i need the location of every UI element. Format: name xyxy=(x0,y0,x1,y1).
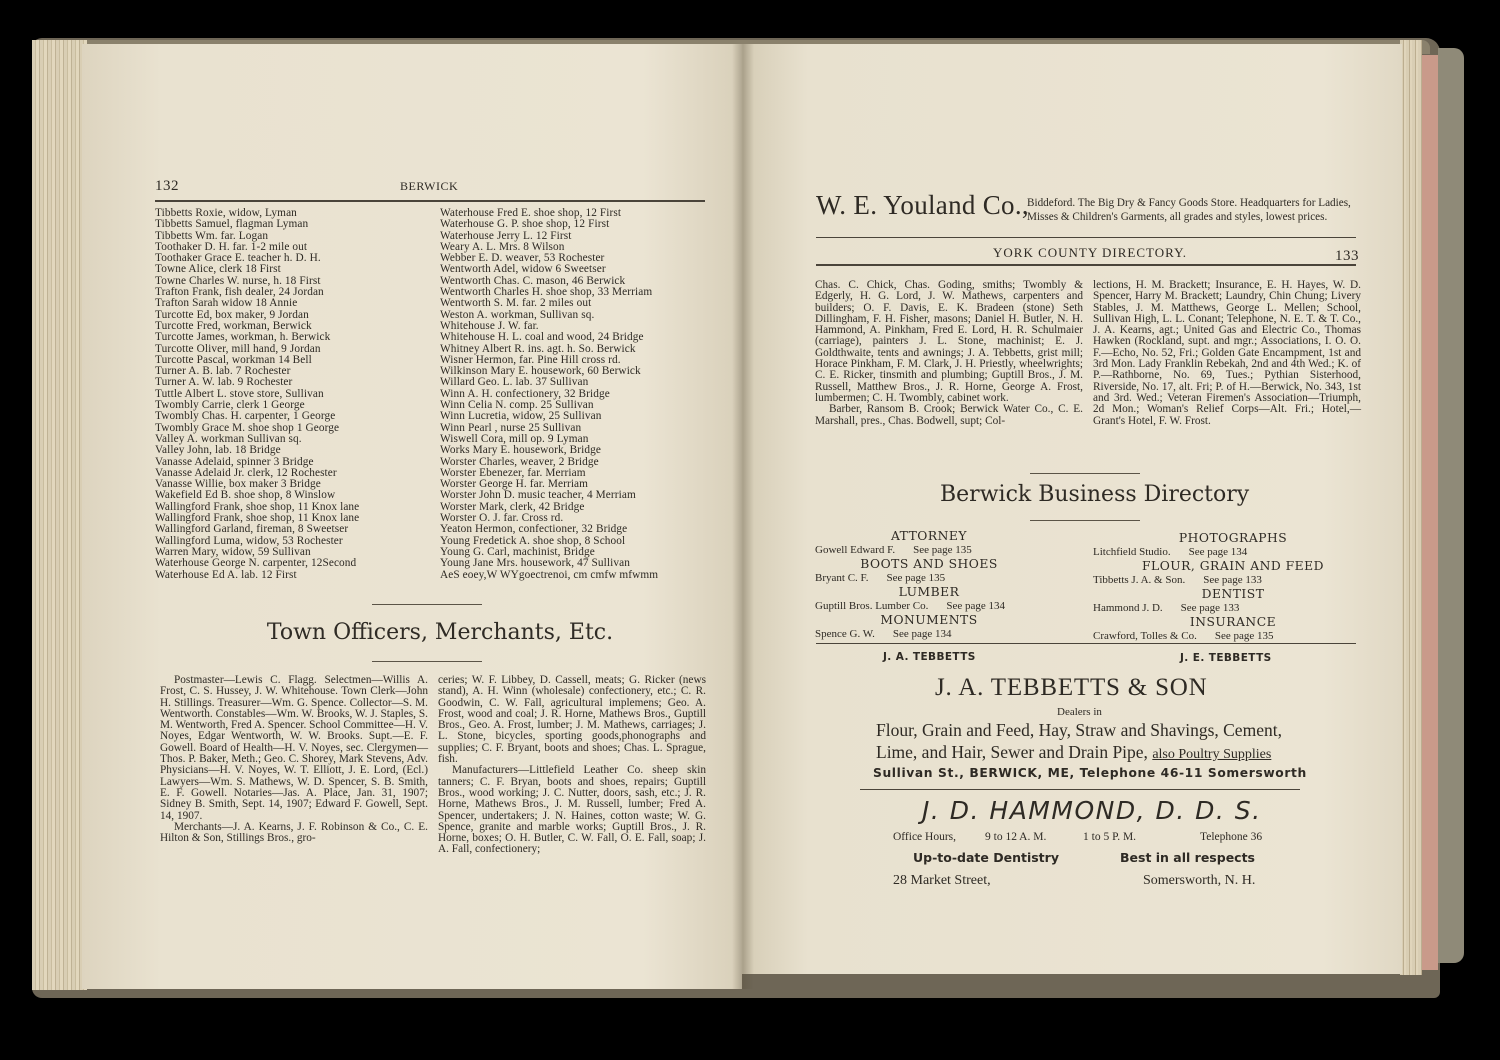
hammond-office-hours-label: Office Hours, xyxy=(893,831,956,843)
bizdir-divider-bottom xyxy=(1030,520,1140,521)
paragraph: Barber, Ransom B. Crook; Berwick Water C… xyxy=(815,404,1083,427)
right-page-edges xyxy=(1400,40,1422,975)
officers-column-1: Postmaster—Lewis C. Flagg. Selectmen—Wil… xyxy=(160,675,428,844)
right-page xyxy=(742,44,1402,974)
business-name: Bryant C. F. xyxy=(815,572,869,584)
right-text-column-2: lections, H. M. Brackett; Insurance, E. … xyxy=(1093,280,1361,427)
paragraph: Merchants—J. A. Kearns, J. F. Robinson &… xyxy=(160,822,428,845)
directory-column-1: Tibbetts Roxie, widow, LymanTibbetts Sam… xyxy=(155,208,359,581)
right-header-rule xyxy=(816,264,1356,266)
business-category: PHOTOGRAPHS xyxy=(1093,531,1373,545)
hammond-hours-am: 9 to 12 A. M. xyxy=(985,831,1046,843)
paragraph: Postmaster—Lewis C. Flagg. Selectmen—Wil… xyxy=(160,675,428,822)
book-gutter xyxy=(732,44,754,989)
directory-entry: Works Mary E. housework, Bridge xyxy=(440,445,658,456)
bizdir-bottom-rule xyxy=(816,643,1356,644)
hammond-tagline-right: Best in all respects xyxy=(1120,850,1255,865)
directory-entry: AeS eoey,W WYgoectrenoi, cm cmfw mfwmm xyxy=(440,570,658,581)
youland-ad-name: W. E. Youland Co., xyxy=(816,190,1029,221)
right-page-number: 133 xyxy=(1335,248,1359,265)
business-entry: Guptill Bros. Lumber Co.See page 134 xyxy=(815,600,1005,612)
tebbetts-partner-left: J. A. TEBBETTS xyxy=(883,651,976,663)
tebbetts-line-2: Lime, and Hair, Sewer and Drain Pipe, al… xyxy=(876,742,1271,763)
page-reference: See page 134 xyxy=(1189,546,1248,558)
page-reference: See page 134 xyxy=(893,628,952,640)
business-category: LUMBER xyxy=(815,585,1043,599)
business-name: Litchfield Studio. xyxy=(1093,546,1171,558)
left-page-edges xyxy=(32,40,87,990)
page-reference: See page 135 xyxy=(913,544,972,556)
hammond-hours-pm: 1 to 5 P. M. xyxy=(1083,831,1136,843)
tebbetts-partner-right: J. E. TEBBETTS xyxy=(1180,652,1272,664)
business-name: Tibbetts J. A. & Son. xyxy=(1093,574,1185,586)
tebbetts-line-2-text: Lime, and Hair, Sewer and Drain Pipe, xyxy=(876,742,1148,762)
business-entry: Bryant C. F.See page 135 xyxy=(815,572,945,584)
page-reference: See page 135 xyxy=(887,572,946,584)
business-name: Guptill Bros. Lumber Co. xyxy=(815,600,928,612)
directory-entry: Wallingford Garland, fireman, 8 Sweetser xyxy=(155,524,359,535)
section-divider-top xyxy=(372,604,482,605)
directory-column-2: Waterhouse Fred E. shoe shop, 12 FirstWa… xyxy=(440,208,658,581)
business-entry: Hammond J. D.See page 133 xyxy=(1093,602,1239,614)
left-running-head: BERWICK xyxy=(400,179,458,194)
directory-entry: Turcotte James, workman, h. Berwick xyxy=(155,332,359,343)
paragraph: Chas. C. Chick, Chas. Goding, smiths; Tw… xyxy=(815,280,1083,404)
hammond-tagline-left: Up-to-date Dentistry xyxy=(913,850,1059,865)
directory-entry: Tibbetts Samuel, flagman Lyman xyxy=(155,219,359,230)
officers-column-2: ceries; W. F. Libbey, D. Cassell, meats;… xyxy=(438,675,706,856)
directory-entry: Waterhouse Ed A. lab. 12 First xyxy=(155,570,359,581)
business-name: Spence G. W. xyxy=(815,628,875,640)
page-reference: See page 134 xyxy=(946,600,1005,612)
business-name: Crawford, Tolles & Co. xyxy=(1093,630,1197,642)
business-category: INSURANCE xyxy=(1093,615,1373,629)
business-category: FLOUR, GRAIN AND FEED xyxy=(1093,559,1373,573)
tebbetts-dealers-in: Dealers in xyxy=(1057,706,1102,718)
red-page-edge xyxy=(1422,55,1438,970)
page-reference: See page 135 xyxy=(1215,630,1274,642)
business-entry: Tibbetts J. A. & Son.See page 133 xyxy=(1093,574,1262,586)
directory-entry: Twombly Chas. H. carpenter, 1 George xyxy=(155,411,359,422)
left-page-number: 132 xyxy=(155,178,179,195)
paragraph: Manufacturers—Littlefield Leather Co. sh… xyxy=(438,765,706,855)
book-cover-right-edge xyxy=(1438,48,1464,963)
hammond-telephone: Telephone 36 xyxy=(1200,831,1262,843)
open-book: 132 BERWICK Tibbetts Roxie, widow, Lyman… xyxy=(0,0,1500,1060)
hammond-ad-name: J. D. HAMMOND, D. D. S. xyxy=(922,796,1262,825)
directory-entry: Young Jane Mrs. housework, 47 Sullivan xyxy=(440,558,658,569)
directory-entry: Waterhouse G. P. shoe shop, 12 First xyxy=(440,219,658,230)
hammond-city: Somersworth, N. H. xyxy=(1143,873,1255,889)
business-entry: Spence G. W.See page 134 xyxy=(815,628,952,640)
header-rule xyxy=(155,200,705,202)
section-divider-bottom xyxy=(372,661,482,662)
paragraph: lections, H. M. Brackett; Insurance, E. … xyxy=(1093,280,1361,427)
business-category: ATTORNEY xyxy=(815,529,1043,543)
directory-entry: Waterhouse George N. carpenter, 12Second xyxy=(155,558,359,569)
business-entry: Gowell Edward F.See page 135 xyxy=(815,544,972,556)
tebbetts-ad-name: J. A. TEBBETTS & SON xyxy=(935,674,1208,702)
business-directory-title: Berwick Business Directory xyxy=(940,482,1249,507)
tebbetts-line-1: Flour, Grain and Feed, Hay, Straw and Sh… xyxy=(876,720,1282,741)
page-reference: See page 133 xyxy=(1203,574,1262,586)
tebbetts-bottom-rule xyxy=(860,789,1300,790)
business-entry: Litchfield Studio.See page 134 xyxy=(1093,546,1247,558)
directory-entry: Valley John, lab. 18 Bridge xyxy=(155,445,359,456)
directory-entry: Yeaton Hermon, confectioner, 32 Bridge xyxy=(440,524,658,535)
directory-entry: Wentworth S. M. far. 2 miles out xyxy=(440,298,658,309)
directory-entry: Whitehouse H. L. coal and wood, 24 Bridg… xyxy=(440,332,658,343)
page-reference: See page 133 xyxy=(1181,602,1240,614)
business-category: MONUMENTS xyxy=(815,613,1043,627)
business-name: Hammond J. D. xyxy=(1093,602,1163,614)
poultry-supplies-underlined: also Poultry Supplies xyxy=(1152,747,1271,762)
business-entry: Crawford, Tolles & Co.See page 135 xyxy=(1093,630,1273,642)
right-running-head: YORK COUNTY DIRECTORY. xyxy=(993,245,1187,261)
right-text-column-1: Chas. C. Chick, Chas. Goding, smiths; Tw… xyxy=(815,280,1083,427)
section-title: Town Officers, Merchants, Etc. xyxy=(200,620,680,645)
tebbetts-address: Sullivan St., BERWICK, ME, Telephone 46-… xyxy=(873,766,1307,780)
hammond-street: 28 Market Street, xyxy=(893,873,991,889)
bizdir-divider-top xyxy=(1030,473,1140,474)
business-category: BOOTS AND SHOES xyxy=(815,557,1043,571)
youland-ad-text: Biddeford. The Big Dry & Fancy Goods Sto… xyxy=(1027,196,1361,224)
paragraph: ceries; W. F. Libbey, D. Cassell, meats;… xyxy=(438,675,706,765)
business-name: Gowell Edward F. xyxy=(815,544,895,556)
directory-entry: Winn Lucretia, widow, 25 Sullivan xyxy=(440,411,658,422)
directory-entry: Trafton Sarah widow 18 Annie xyxy=(155,298,359,309)
ad-rule xyxy=(816,237,1356,238)
business-category: DENTIST xyxy=(1093,587,1373,601)
